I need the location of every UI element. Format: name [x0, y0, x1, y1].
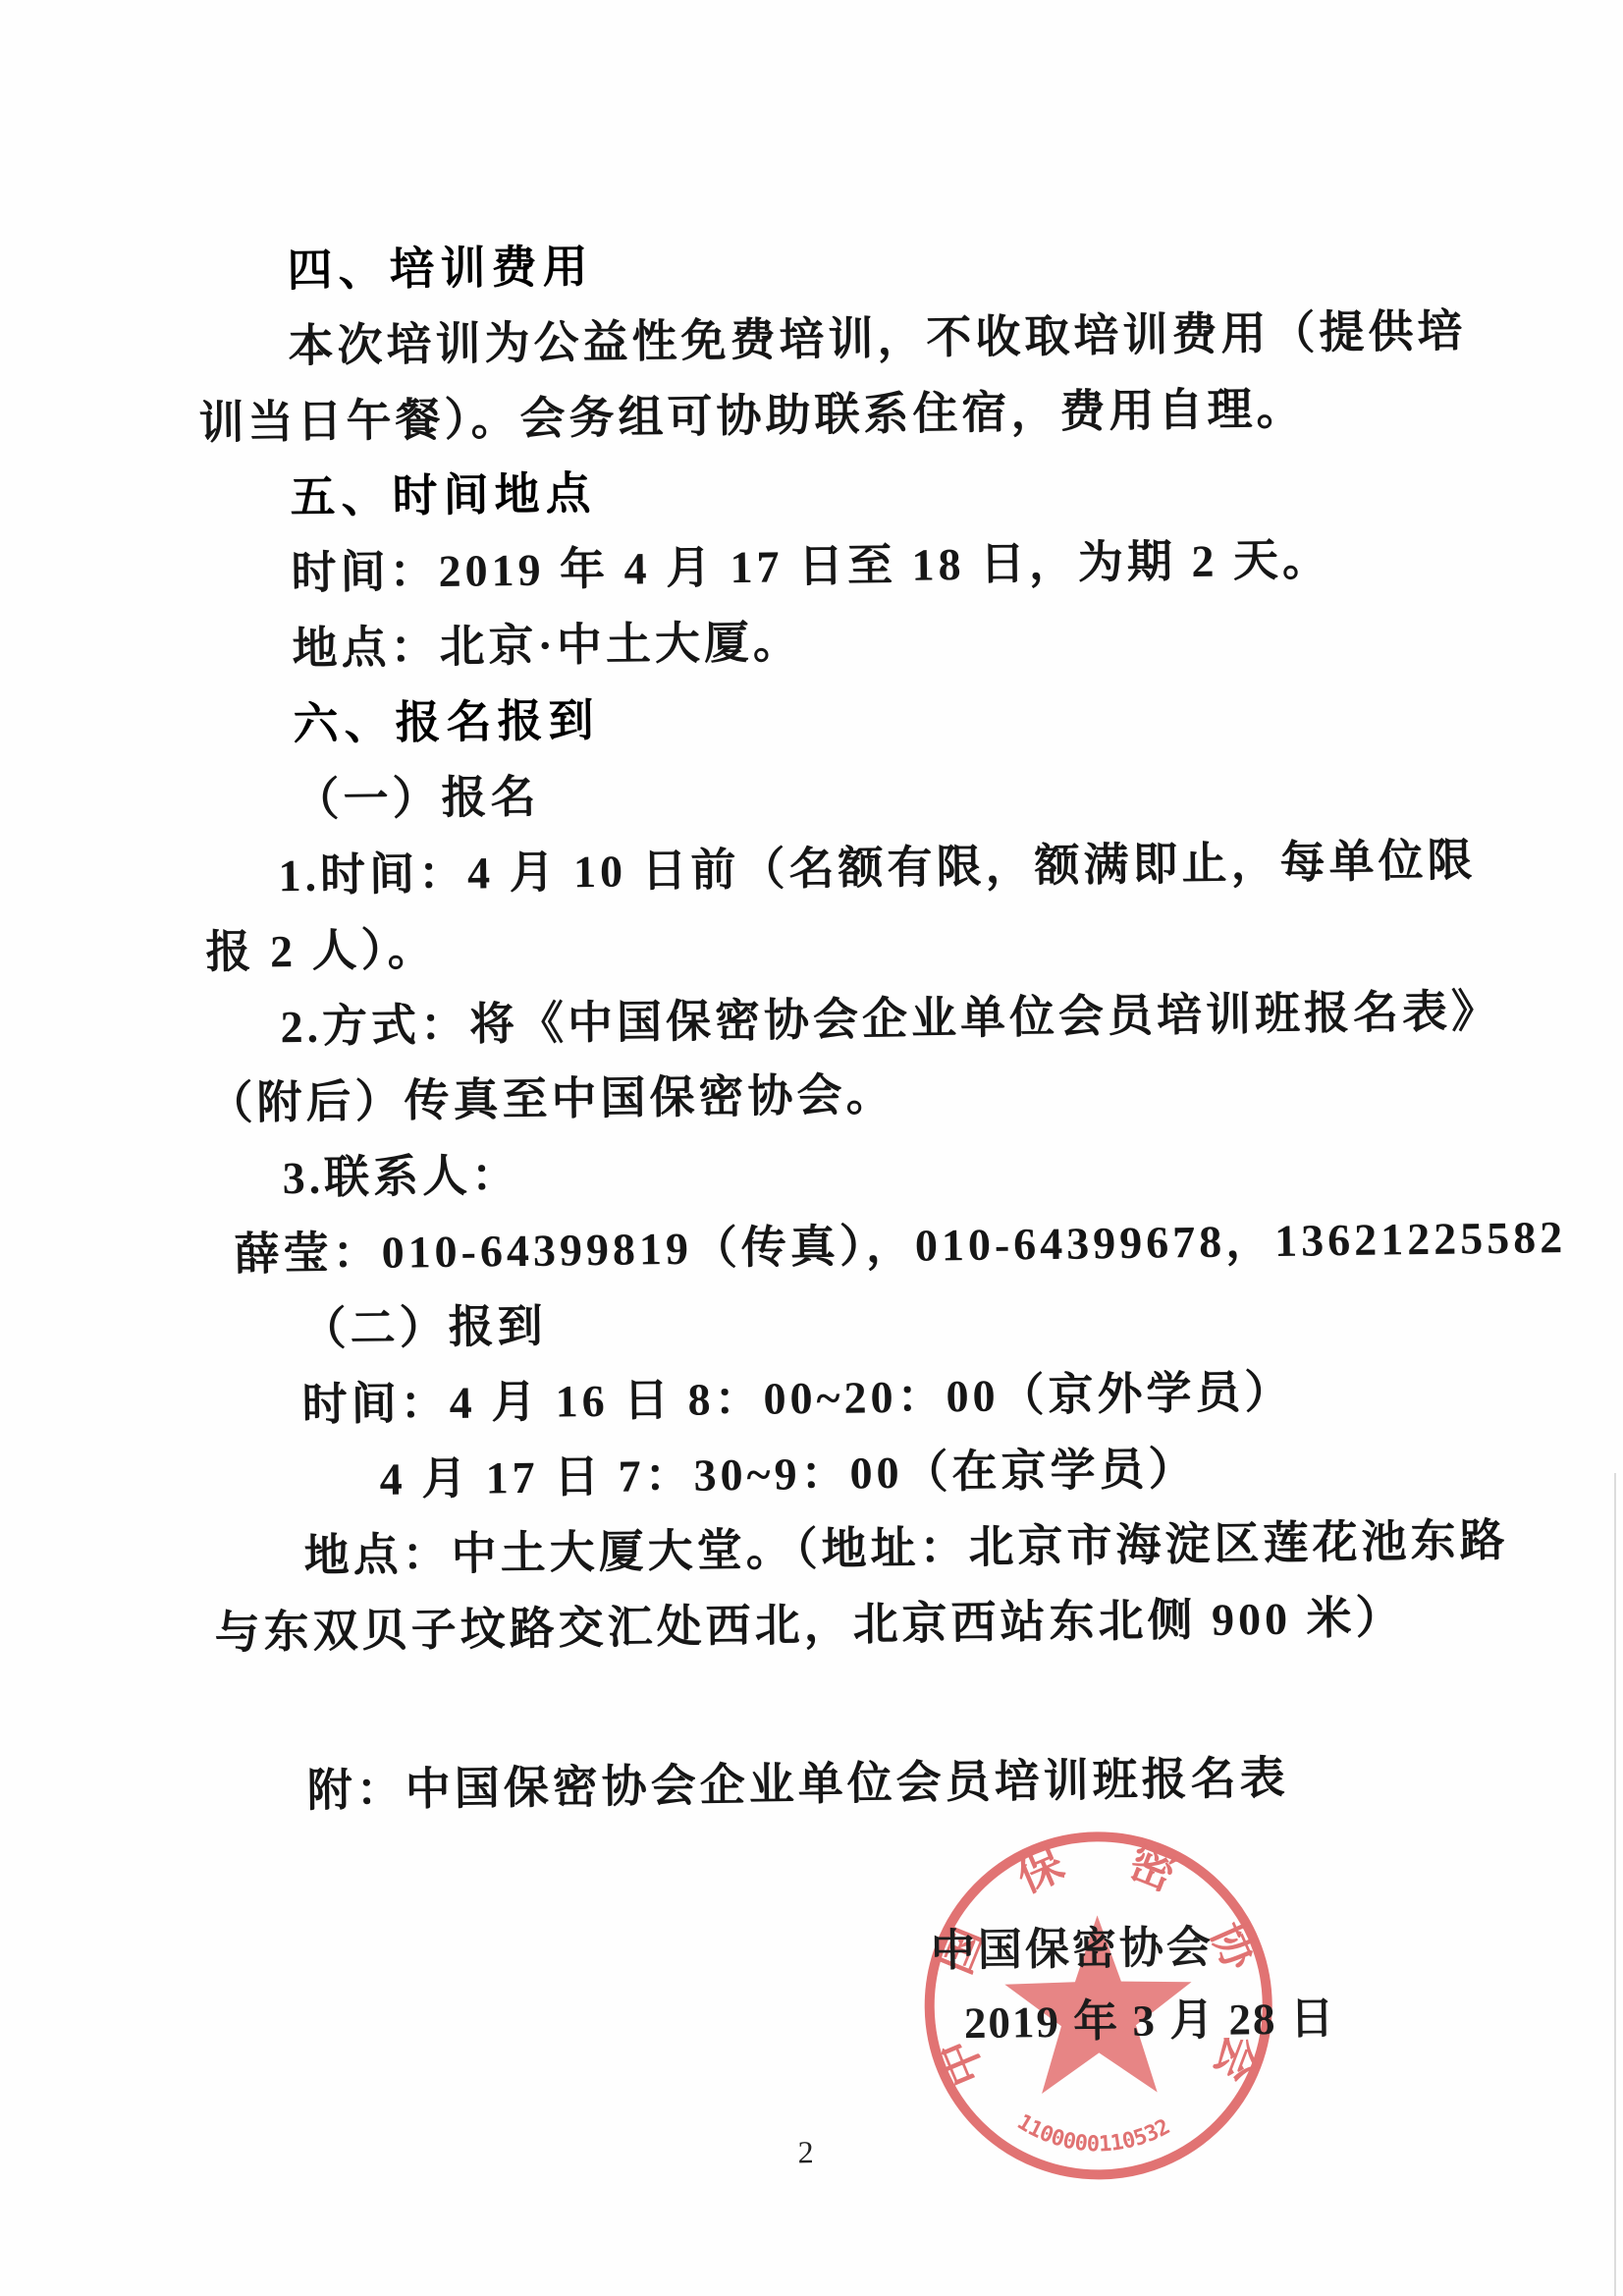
signature-area: 中国保密协会 1100000110532 中国保密协会 2019 年 3 月 2…: [217, 1814, 1455, 2296]
scan-content: 四、培训费用 本次培训为公益性免费培训，不收取培训费用（提供培 训当日午餐）。会…: [0, 0, 1623, 2296]
document-line: 与东双贝子坟路交汇处西北，北京西站东北侧 900 米）: [214, 1579, 1447, 1670]
page-number: 2: [797, 2134, 813, 2170]
document-line-checkin-time1: 时间：4 月 16 日 8：00~20：00（京外学员）: [211, 1352, 1444, 1444]
document-line-signup-time: 1.时间：4 月 10 日前（名额有限，额满即止，每单位限: [204, 823, 1437, 914]
document-body: 四、培训费用 本次培训为公益性免费培训，不收取培训费用（提供培 训当日午餐）。会…: [196, 218, 1455, 2296]
document-line-signup-method: 2.方式：将《中国保密协会企业单位会员培训班报名表》: [206, 974, 1439, 1066]
signature-date: 2019 年 3 月 28 日: [963, 1982, 1336, 2050]
seal-code: 1100000110532: [1012, 2108, 1177, 2159]
document-line-contact-phones: 薛莹：010-64399819（传真），010-64399678，1362122…: [209, 1201, 1442, 1292]
signature-organization: 中国保密协会: [930, 1911, 1214, 1979]
scan-edge-artifact: [1614, 1473, 1616, 2296]
document-line: 训当日午餐）。会务组可协助联系住宿，费用自理。: [198, 369, 1432, 461]
document-line-time: 时间：2019 年 4 月 17 日至 18 日，为期 2 天。: [200, 520, 1434, 612]
scanned-document-page: 四、培训费用 本次培训为公益性免费培训，不收取培训费用（提供培 训当日午餐）。会…: [0, 0, 1623, 2296]
